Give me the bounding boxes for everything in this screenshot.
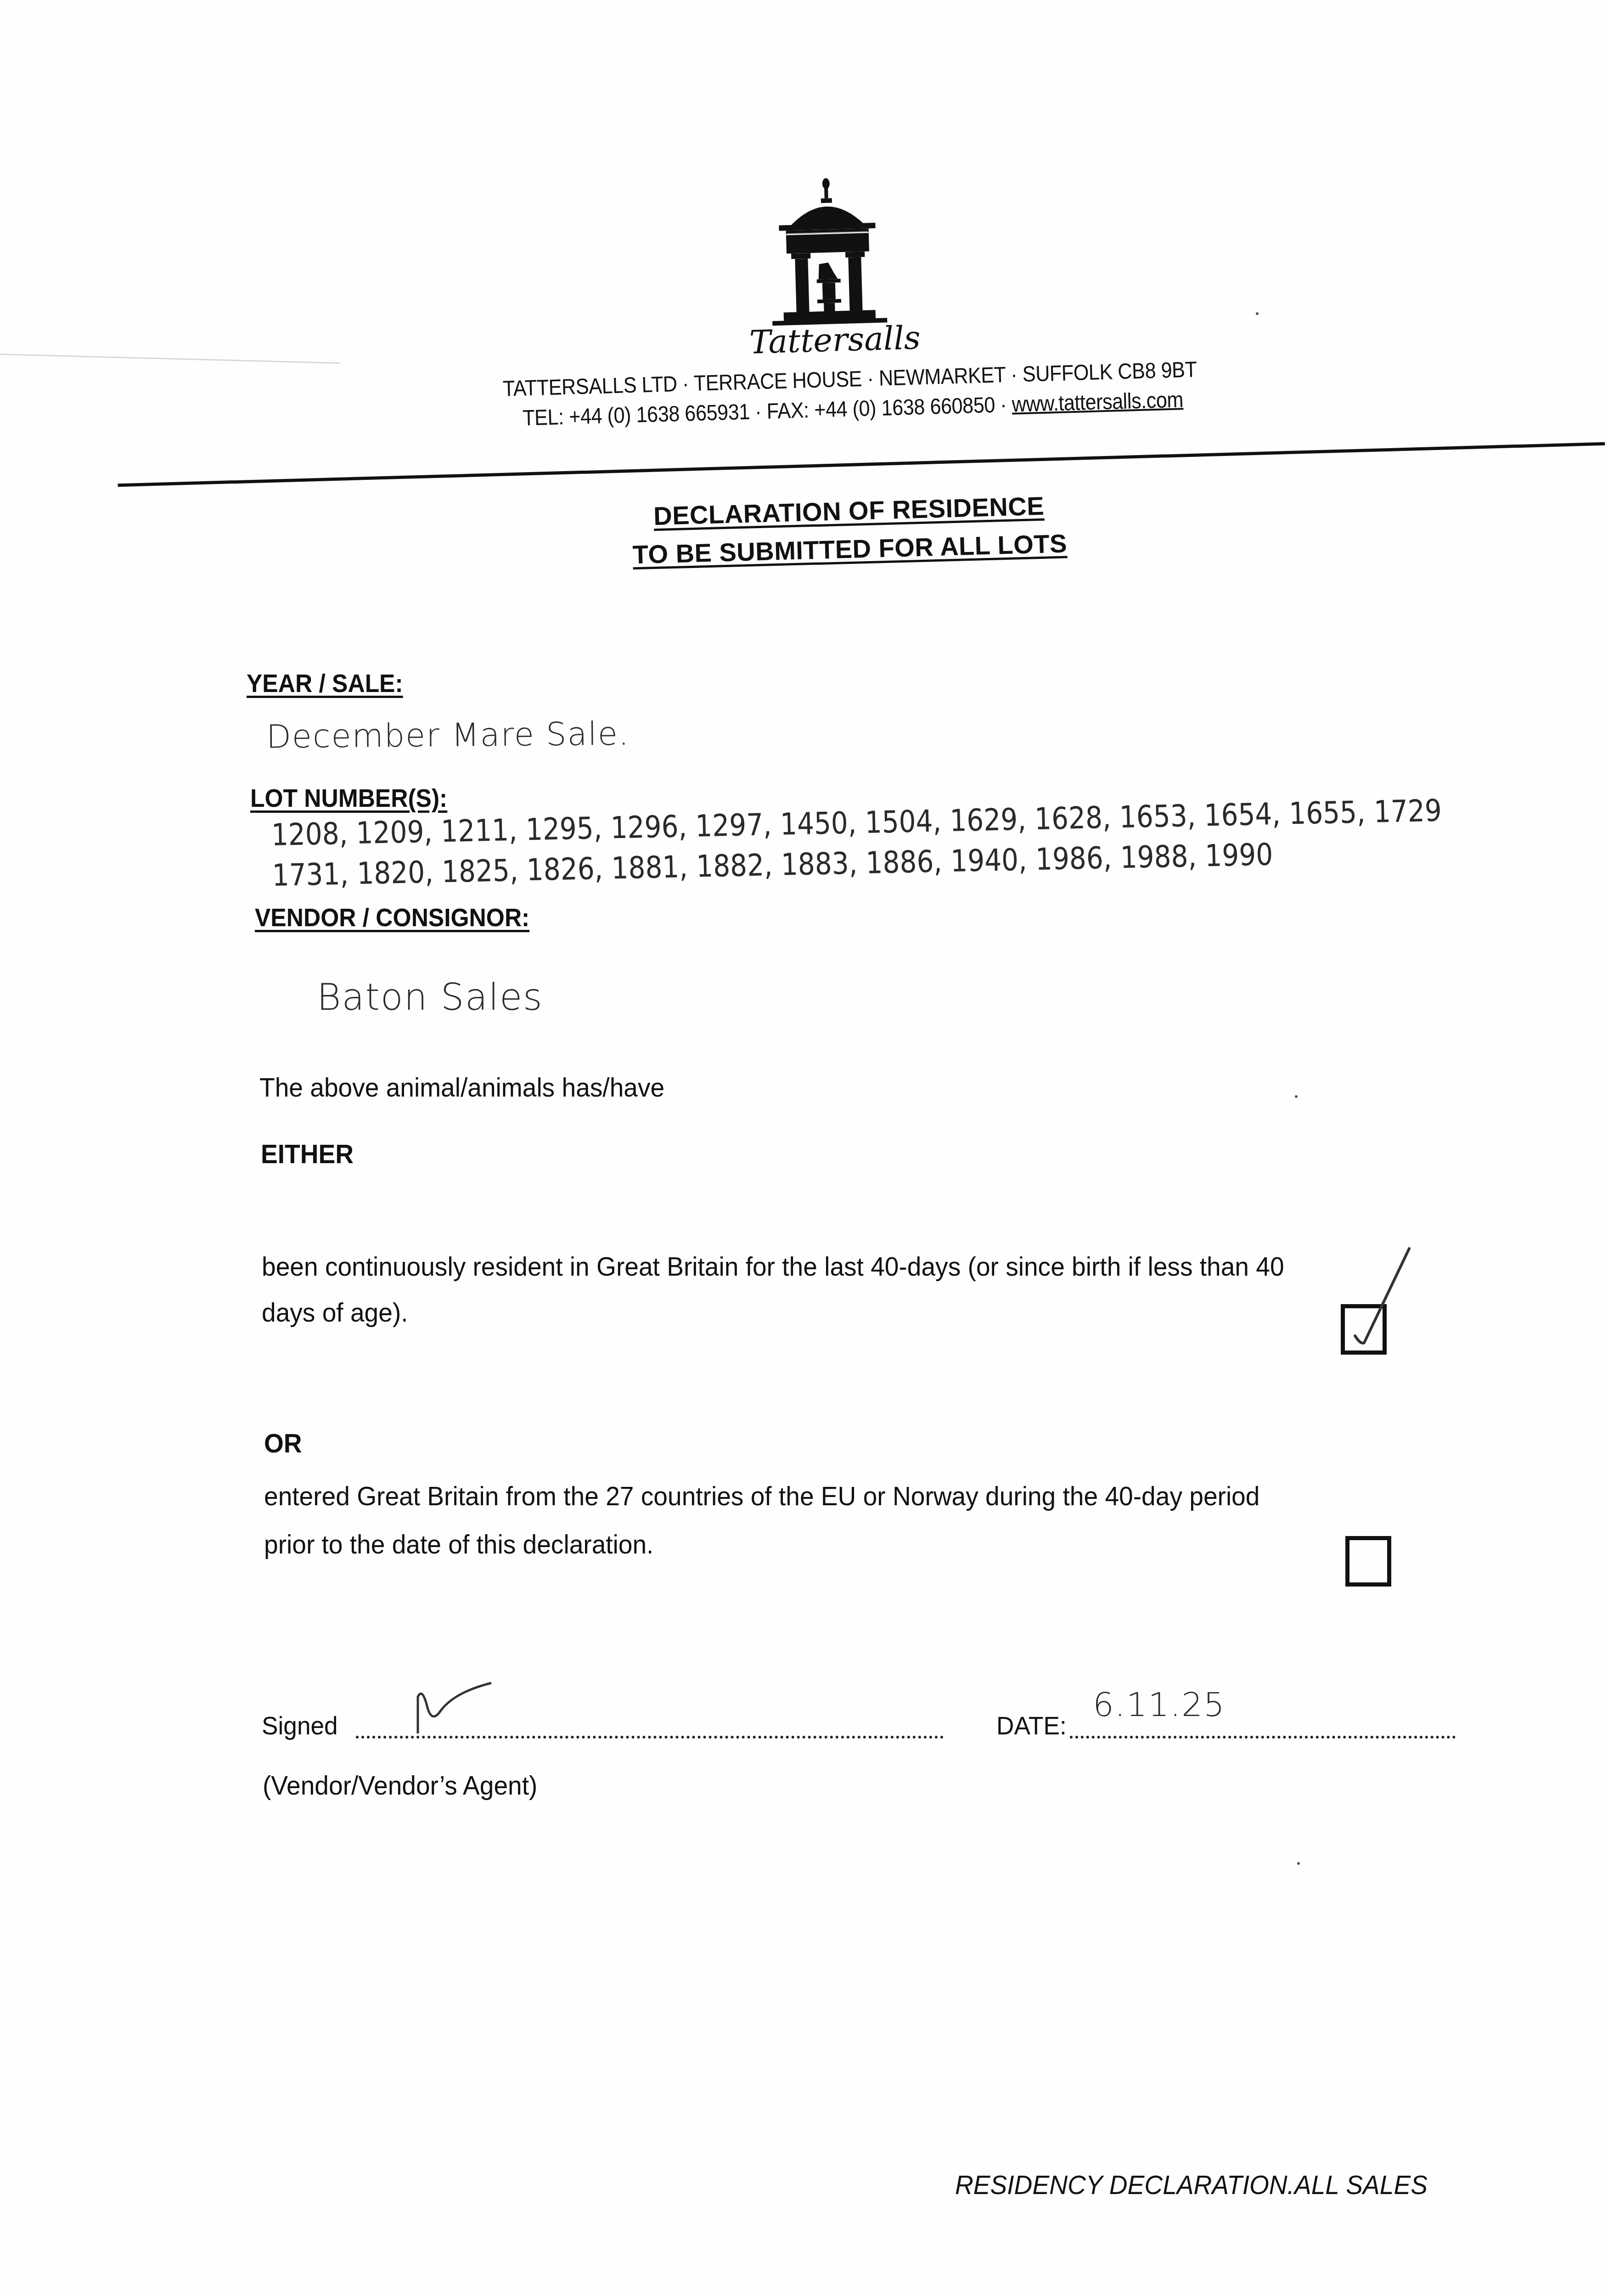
- option-2-checkbox[interactable]: [1345, 1536, 1391, 1587]
- option-1-checkbox[interactable]: [1341, 1304, 1387, 1355]
- rotunda-statue-logo-icon: [757, 173, 899, 328]
- website-link[interactable]: www.tattersalls.com: [1012, 388, 1183, 416]
- intro-text: The above animal/animals has/have: [259, 1072, 664, 1103]
- letterhead: Tattersalls TATTERSALLS LTD · TERRACE HO…: [0, 0, 1608, 528]
- either-label: EITHER: [261, 1139, 354, 1170]
- lot-numbers-label: LOT NUMBER(S):: [250, 783, 447, 813]
- option-2-text-line-2: prior to the date of this declaration.: [264, 1529, 653, 1560]
- footer-document-code: RESIDENCY DECLARATION.ALL SALES: [955, 2170, 1428, 2200]
- header-divider: [118, 442, 1605, 487]
- date-field[interactable]: [1070, 1731, 1456, 1739]
- scanned-page: Tattersalls TATTERSALLS LTD · TERRACE HO…: [0, 0, 1608, 2296]
- signature-row: Signed n~ DATE: 6.11.25: [262, 1699, 1479, 1754]
- title-line-2: TO BE SUBMITTED FOR ALL LOTS: [574, 527, 1125, 571]
- year-sale-field[interactable]: December Mare Sale.: [266, 715, 630, 756]
- scan-speck: [1256, 312, 1259, 315]
- signature-scribble-icon: [413, 1678, 505, 1738]
- or-label: OR: [264, 1428, 302, 1459]
- document-title: DECLARATION OF RESIDENCE TO BE SUBMITTED…: [573, 489, 1126, 579]
- scan-speck: [1295, 1095, 1298, 1098]
- scan-speck: [1297, 1862, 1300, 1865]
- lot-numbers-field[interactable]: 1208, 1209, 1211, 1295, 1296, 1297, 1450…: [271, 790, 1452, 896]
- date-value: 6.11.25: [1093, 1685, 1226, 1724]
- vendor-field[interactable]: Baton Sales: [317, 976, 543, 1019]
- vendor-label: VENDOR / CONSIGNOR:: [255, 902, 529, 932]
- signed-label: Signed: [262, 1711, 338, 1740]
- option-1-text-line-1: been continuously resident in Great Brit…: [262, 1251, 1284, 1282]
- signer-role-caption: (Vendor/Vendor’s Agent): [263, 1770, 537, 1801]
- checkmark-icon: [1349, 1239, 1423, 1359]
- option-2-text-line-1: entered Great Britain from the 27 countr…: [264, 1481, 1259, 1512]
- date-label: DATE:: [996, 1711, 1067, 1740]
- option-1-text-line-2: days of age).: [262, 1297, 408, 1328]
- brand-name: Tattersalls: [733, 318, 936, 361]
- year-sale-label: YEAR / SALE:: [247, 668, 403, 698]
